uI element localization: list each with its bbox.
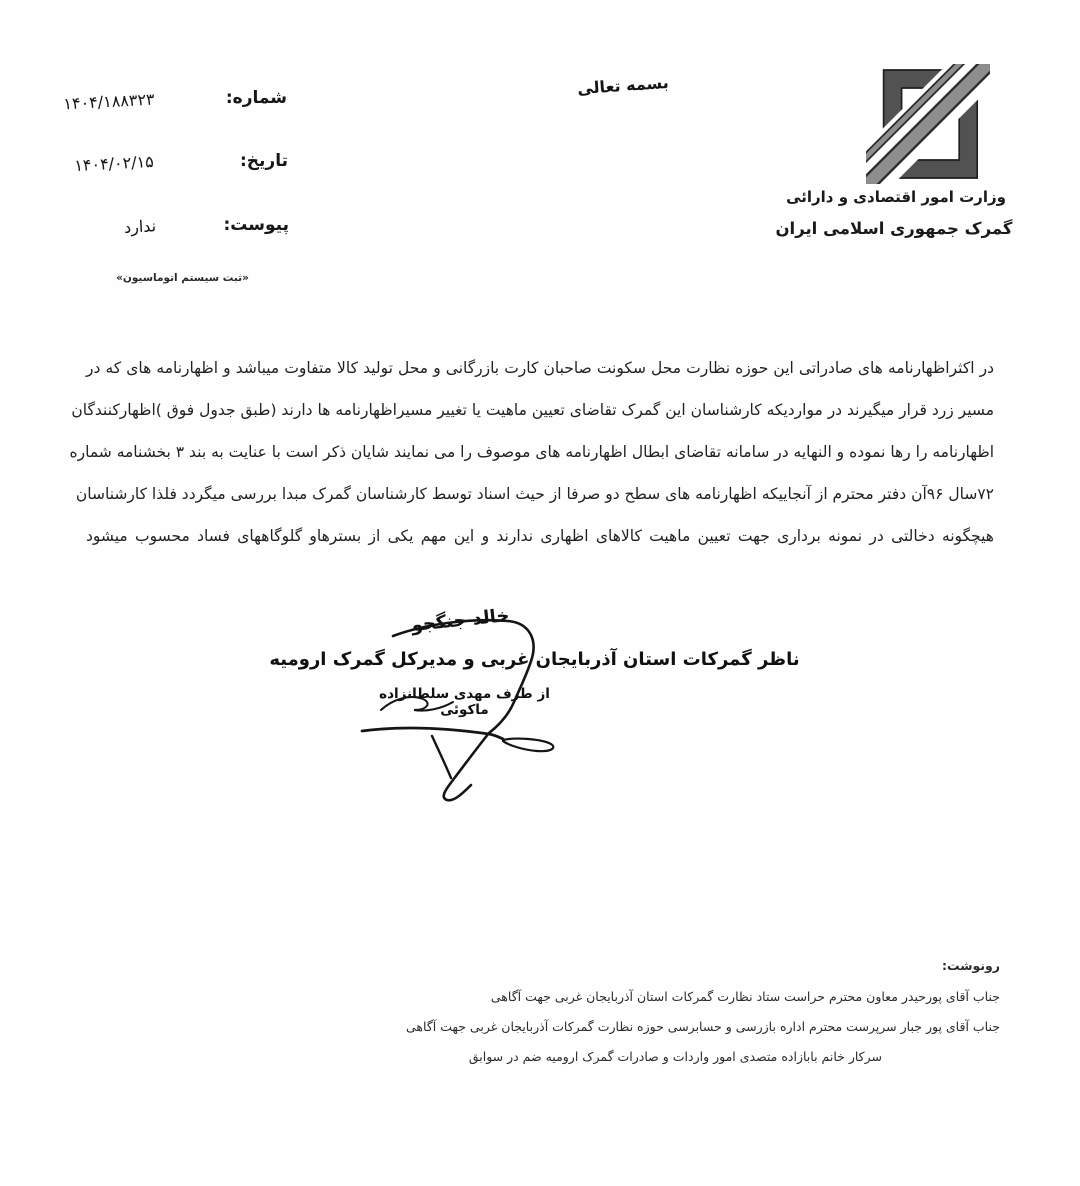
organization-name: گمرک جمهوری اسلامی ایران: [748, 219, 1040, 238]
date-label: تاریخ:: [214, 151, 288, 171]
letter-body: در اکثراظهارنامه های صادراتی این حوزه نظ…: [86, 347, 994, 557]
cc-item-2: جناب آقای پور جبار سرپرست محترم اداره با…: [440, 1012, 1000, 1042]
date-value: ۱۴۰۴/۰۲/۱۵: [48, 151, 181, 177]
cc-item-3: سرکار خانم بابازاده متصدی امور واردات و …: [440, 1042, 882, 1072]
iran-customs-logo-icon: [866, 64, 990, 184]
number-label: شماره:: [203, 88, 287, 108]
cc-item-1: جناب آقای پورحیدر معاون محترم حراست ستاد…: [440, 982, 1000, 1012]
cc-label: رونوشت:: [440, 958, 1000, 973]
attachment-value: ندارد: [98, 215, 183, 238]
body-line-1: در اکثراظهارنامه های صادراتی این حوزه نظ…: [86, 347, 994, 389]
bismillah-text: بسمه تعالی: [548, 71, 699, 100]
body-line-4: ۷۲سال ۹۶آن دفتر محترم از آنجاییکه اظهارن…: [86, 473, 994, 515]
ministry-name: وزارت امور اقتصادی و دارائی: [760, 188, 1032, 206]
cc-section: رونوشت: جناب آقای پورحیدر معاون محترم حر…: [440, 958, 1000, 1072]
body-line-5: هیچگونه دخالتی در نمونه برداری جهت تعیین…: [86, 515, 994, 557]
attachment-label: پیوست:: [199, 215, 289, 235]
signature-scribble-icon: [350, 605, 570, 815]
automation-note: «ثبت سیستم اتوماسیون»: [110, 272, 255, 284]
number-value: ۱۴۰۴/۱۸۸۳۲۳: [33, 88, 186, 115]
body-line-2: مسیر زرد قرار میگیرند در مواردیکه کارشنا…: [86, 389, 994, 431]
scanned-letter-page: شماره: ۱۴۰۴/۱۸۸۳۲۳ تاریخ: ۱۴۰۴/۰۲/۱۵ پیو…: [0, 0, 1080, 1186]
body-line-3: اظهارنامه را رها نموده و النهایه در ساما…: [86, 431, 994, 473]
